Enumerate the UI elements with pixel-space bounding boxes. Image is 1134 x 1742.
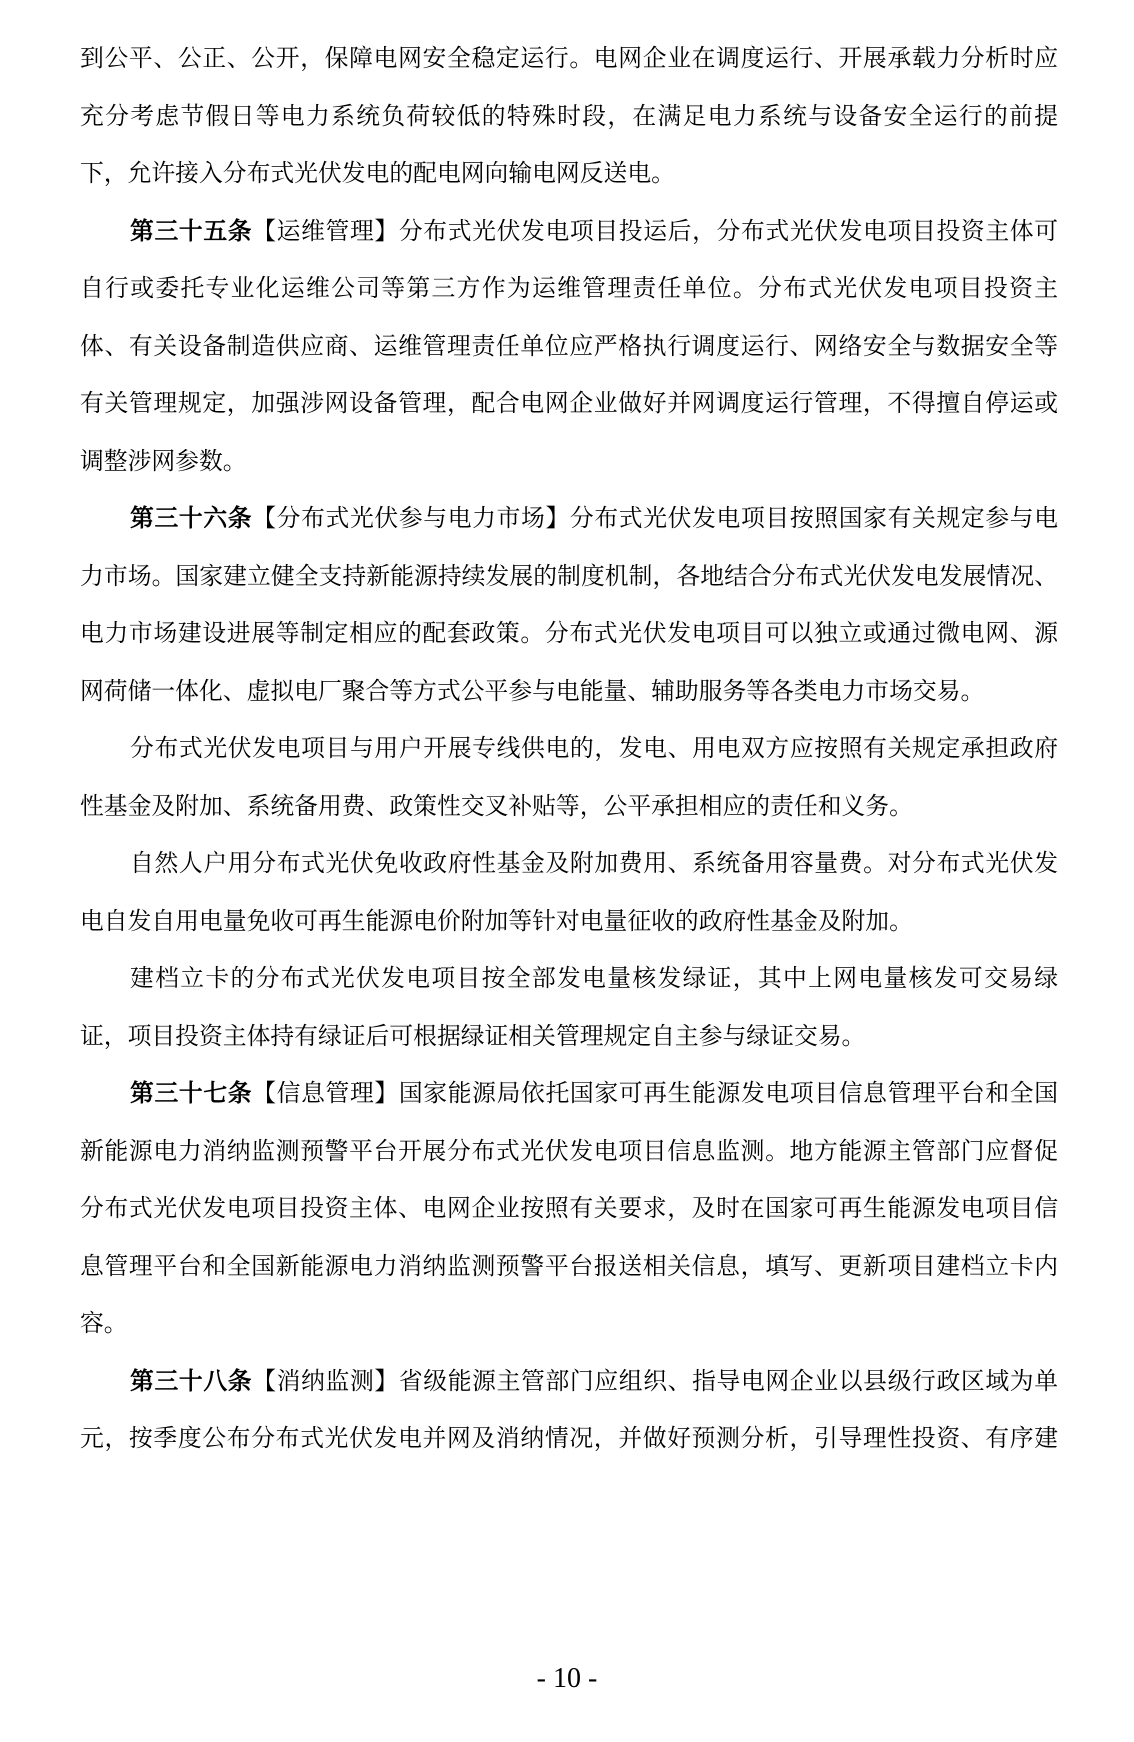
text-line: 第三十八条【消纳监测】省级能源主管部门应组织、指导电网企业以县级行政区域为单 [80,1353,1058,1411]
document-body: 到公平、公正、公开，保障电网安全稳定运行。电网企业在调度运行、开展承载力分析时应… [80,30,1058,1468]
text-line: 息管理平台和全国新能源电力消纳监测预警平台报送相关信息，填写、更新项目建档立卡内 [80,1238,1058,1296]
text-line: 新能源电力消纳监测预警平台开展分布式光伏发电项目信息监测。地方能源主管部门应督促 [80,1123,1058,1181]
article-number: 第三十五条 [130,218,252,245]
paragraph: 第三十五条【运维管理】分布式光伏发电项目投运后，分布式光伏发电项目投资主体可自行… [80,203,1058,491]
document-page: 到公平、公正、公开，保障电网安全稳定运行。电网企业在调度运行、开展承载力分析时应… [0,0,1134,1742]
paragraph: 自然人户用分布式光伏免收政府性基金及附加费用、系统备用容量费。对分布式光伏发电自… [80,835,1058,950]
text-line: 第三十五条【运维管理】分布式光伏发电项目投运后，分布式光伏发电项目投资主体可 [80,203,1058,261]
text-line: 调整涉网参数。 [80,433,1058,491]
text-line: 体、有关设备制造供应商、运维管理责任单位应严格执行调度运行、网络安全与数据安全等 [80,318,1058,376]
text-line: 性基金及附加、系统备用费、政策性交叉补贴等，公平承担相应的责任和义务。 [80,778,1058,836]
text-line: 充分考虑节假日等电力系统负荷较低的特殊时段，在满足电力系统与设备安全运行的前提 [80,88,1058,146]
text-line: 容。 [80,1295,1058,1353]
text-line: 第三十六条【分布式光伏参与电力市场】分布式光伏发电项目按照国家有关规定参与电 [80,490,1058,548]
text-line: 力市场。国家建立健全支持新能源持续发展的制度机制，各地结合分布式光伏发电发展情况… [80,548,1058,606]
text-line: 建档立卡的分布式光伏发电项目按全部发电量核发绿证，其中上网电量核发可交易绿 [80,950,1058,1008]
text-line: 到公平、公正、公开，保障电网安全稳定运行。电网企业在调度运行、开展承载力分析时应 [80,30,1058,88]
paragraph: 第三十六条【分布式光伏参与电力市场】分布式光伏发电项目按照国家有关规定参与电力市… [80,490,1058,720]
paragraph: 第三十八条【消纳监测】省级能源主管部门应组织、指导电网企业以县级行政区域为单元，… [80,1353,1058,1468]
text-line: 电自发自用电量免收可再生能源电价附加等针对电量征收的政府性基金及附加。 [80,893,1058,951]
article-number: 第三十八条 [130,1368,252,1395]
article-number: 第三十六条 [130,505,252,532]
page-number: - 10 - [537,1663,598,1694]
text-line: 有关管理规定，加强涉网设备管理，配合电网企业做好并网调度运行管理，不得擅自停运或 [80,375,1058,433]
text-line: 电力市场建设进展等制定相应的配套政策。分布式光伏发电项目可以独立或通过微电网、源 [80,605,1058,663]
paragraph: 到公平、公正、公开，保障电网安全稳定运行。电网企业在调度运行、开展承载力分析时应… [80,30,1058,203]
page-footer: - 10 - [0,1662,1134,1696]
paragraph: 建档立卡的分布式光伏发电项目按全部发电量核发绿证，其中上网电量核发可交易绿证，项… [80,950,1058,1065]
paragraph: 分布式光伏发电项目与用户开展专线供电的，发电、用电双方应按照有关规定承担政府性基… [80,720,1058,835]
article-number: 第三十七条 [130,1080,252,1107]
text-line: 自行或委托专业化运维公司等第三方作为运维管理责任单位。分布式光伏发电项目投资主 [80,260,1058,318]
text-line: 分布式光伏发电项目投资主体、电网企业按照有关要求，及时在国家可再生能源发电项目信 [80,1180,1058,1238]
text-line: 分布式光伏发电项目与用户开展专线供电的，发电、用电双方应按照有关规定承担政府 [80,720,1058,778]
text-line: 第三十七条【信息管理】国家能源局依托国家可再生能源发电项目信息管理平台和全国 [80,1065,1058,1123]
paragraph: 第三十七条【信息管理】国家能源局依托国家可再生能源发电项目信息管理平台和全国新能… [80,1065,1058,1353]
text-line: 下，允许接入分布式光伏发电的配电网向输电网反送电。 [80,145,1058,203]
text-line: 证，项目投资主体持有绿证后可根据绿证相关管理规定自主参与绿证交易。 [80,1008,1058,1066]
text-line: 网荷储一体化、虚拟电厂聚合等方式公平参与电能量、辅助服务等各类电力市场交易。 [80,663,1058,721]
text-line: 自然人户用分布式光伏免收政府性基金及附加费用、系统备用容量费。对分布式光伏发 [80,835,1058,893]
text-line: 元，按季度公布分布式光伏发电并网及消纳情况，并做好预测分析，引导理性投资、有序建 [80,1410,1058,1468]
